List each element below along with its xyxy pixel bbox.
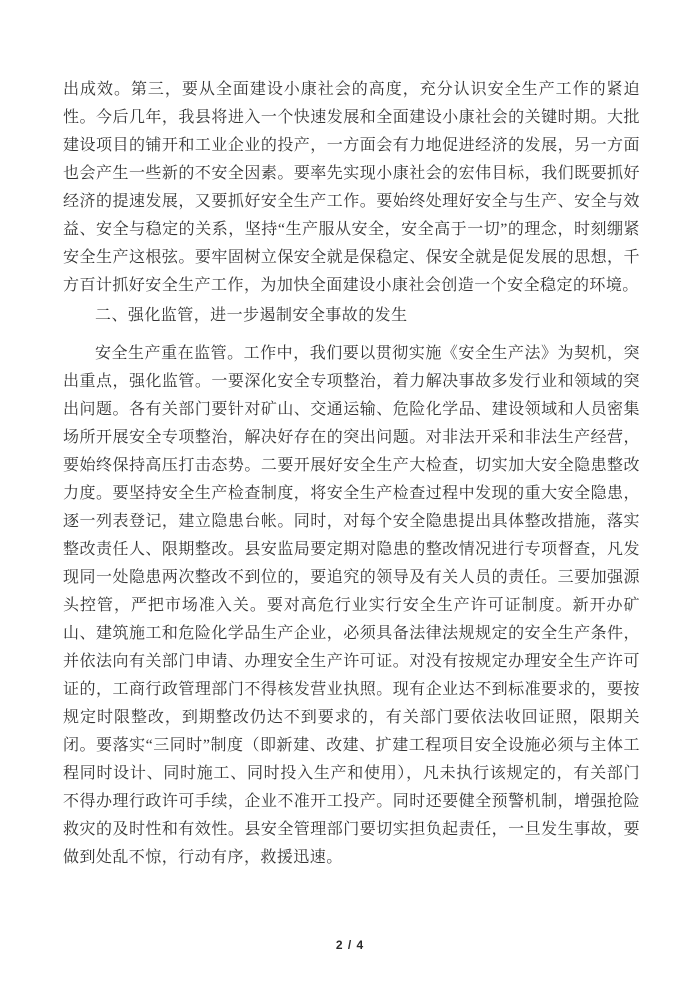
paragraph-continuation: 出成效。第三，要从全面建设小康社会的高度，充分认识安全生产工作的紧迫性。今后几年… bbox=[63, 76, 640, 300]
page-number: 2 / 4 bbox=[0, 938, 700, 952]
paragraph-body: 安全生产重在监管。工作中，我们要以贯彻实施《安全生产法》为契机，突出重点，强化监… bbox=[63, 340, 640, 872]
section-heading: 二、强化监管，进一步遏制安全事故的发生 bbox=[63, 302, 640, 330]
document-page: 出成效。第三，要从全面建设小康社会的高度，充分认识安全生产工作的紧迫性。今后几年… bbox=[0, 0, 700, 990]
document-content: 出成效。第三，要从全面建设小康社会的高度，充分认识安全生产工作的紧迫性。今后几年… bbox=[63, 76, 640, 872]
